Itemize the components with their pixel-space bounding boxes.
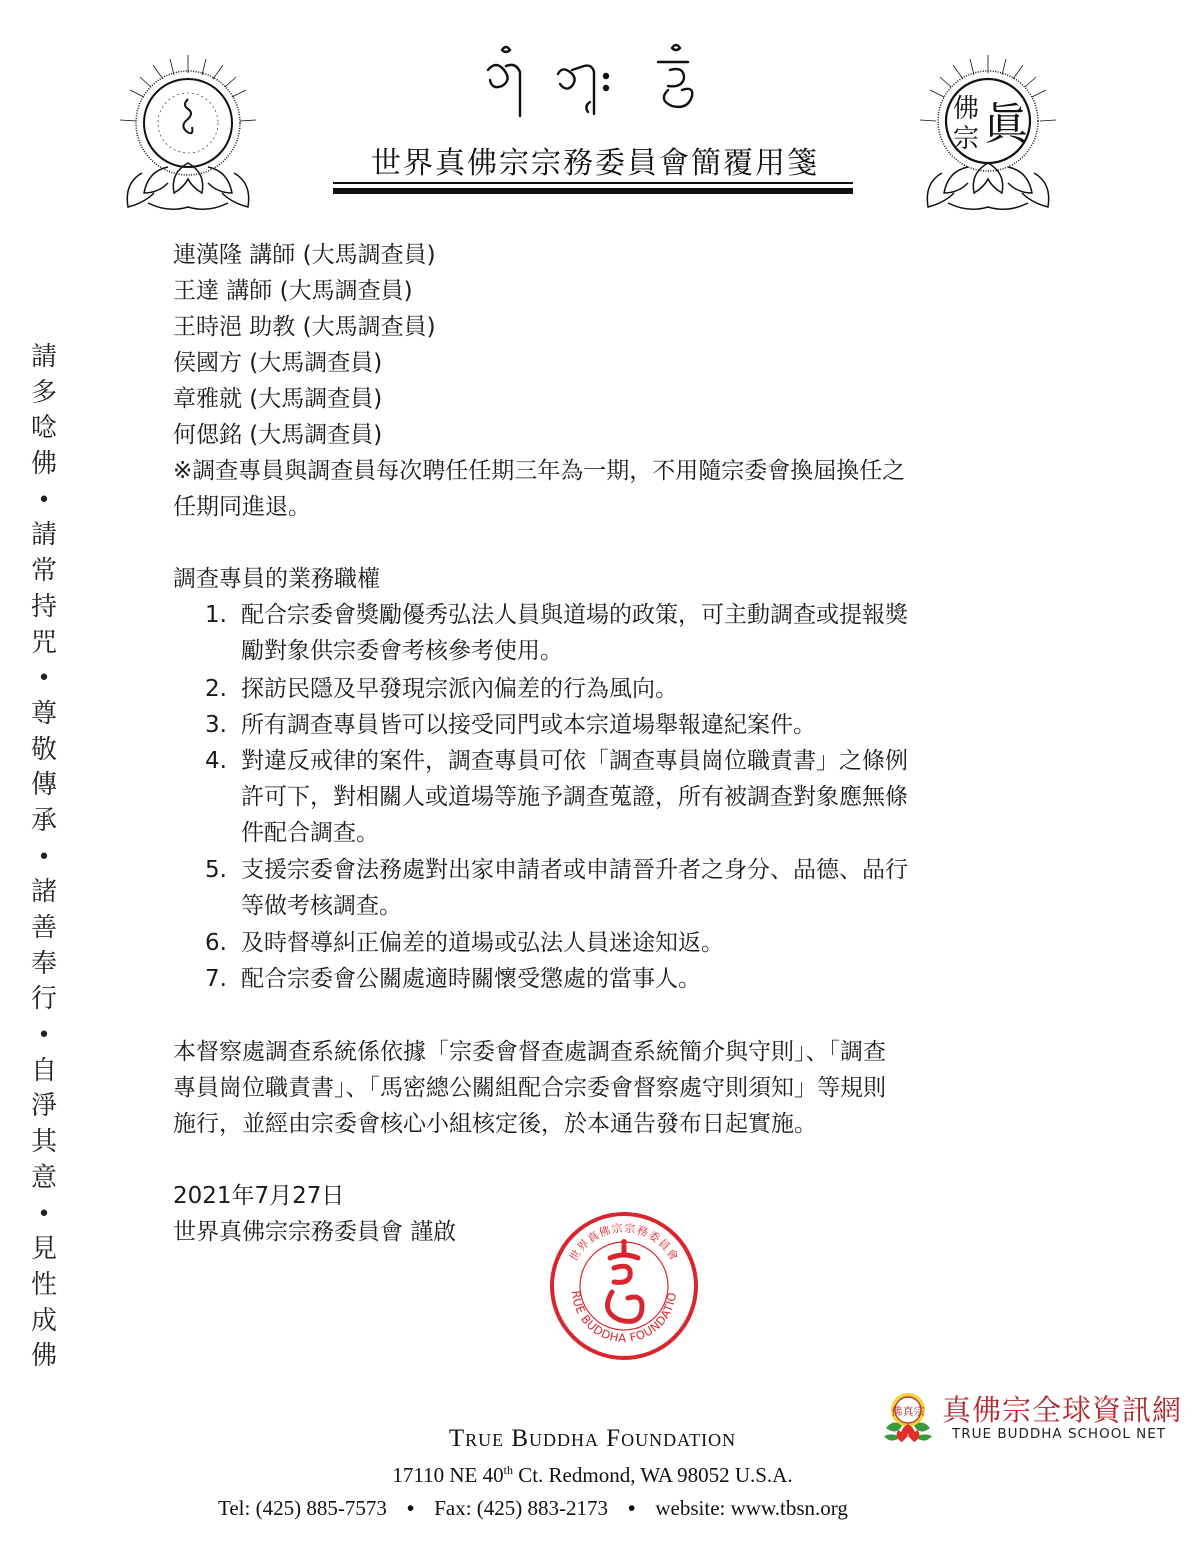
- separator-dot: •: [628, 1496, 635, 1521]
- duty-number: 3.: [205, 710, 227, 740]
- address-city: Ct. Redmond, WA 98052 U.S.A.: [513, 1463, 793, 1487]
- motto-separator-dot: •: [38, 483, 51, 519]
- foundation-name: True Buddha Foundation: [0, 1425, 1185, 1453]
- motto-character: 自: [31, 1054, 57, 1090]
- signature-date: 2021年7月27日: [173, 1181, 344, 1211]
- motto-character: 其: [31, 1125, 57, 1161]
- motto-character: 性: [31, 1268, 57, 1304]
- duty-text: 勵對象供宗委會考核參考使用。: [241, 636, 563, 666]
- duty-number: 5.: [205, 855, 227, 885]
- motto-character: 傳: [31, 768, 57, 804]
- duty-text: 探訪民隱及早發現宗派內偏差的行為風向。: [241, 674, 678, 704]
- motto-character: 請: [31, 518, 57, 554]
- closing-line: 專員崗位職責書」、「馬密總公關組配合宗委會督察處守則須知」等規則: [173, 1073, 886, 1103]
- address-street: 17110 NE 40: [392, 1463, 503, 1487]
- lotus-mantra-wheel-icon: [118, 55, 258, 215]
- motto-character: 咒: [31, 626, 57, 662]
- motto-separator-dot: •: [38, 840, 51, 876]
- duty-text: 支援宗委會法務處對出家申請者或申請晉升者之身分、品德、品行: [241, 855, 908, 885]
- motto-character: 意: [31, 1161, 57, 1197]
- svg-text:佛真宗: 佛真宗: [892, 1404, 925, 1418]
- fax: Fax: (425) 883-2173: [434, 1496, 608, 1520]
- motto-separator-dot: •: [38, 661, 51, 697]
- separator-dot: •: [407, 1496, 414, 1521]
- closing-line: 本督察處調查系統係依據「宗委會督查處調查系統簡介與守則」、「調查: [173, 1037, 886, 1067]
- title-rule-thick: [333, 188, 853, 194]
- motto-character: 佛: [31, 1339, 57, 1375]
- term-note-line: 任期同進退。: [173, 492, 311, 522]
- true-buddha-foundation-stamp-icon: 世界真佛宗宗務委員會 TRUE BUDDHA FOUNDATION: [548, 1210, 700, 1362]
- duty-number: 6.: [205, 928, 227, 958]
- duty-number: 1.: [205, 600, 227, 630]
- left-lotus-seal-emblem: [118, 55, 258, 215]
- motto-character: 諸: [31, 875, 57, 911]
- motto-character: 行: [31, 982, 57, 1018]
- duty-number: 4.: [205, 746, 227, 776]
- duty-text: 等做考核調查。: [241, 891, 402, 921]
- motto-separator-dot: •: [38, 1018, 51, 1054]
- closing-line: 施行，並經由宗委會核心小組核定後，於本通告發布日起實施。: [173, 1109, 817, 1139]
- investigator-line: 王達 講師 (大馬調查員): [173, 276, 413, 306]
- duty-text: 配合宗委會公關處適時關懷受懲處的當事人。: [241, 964, 701, 994]
- contact-line: Tel: (425) 885-7573•Fax: (425) 883-2173•…: [218, 1496, 848, 1521]
- svg-text:佛: 佛: [953, 94, 979, 124]
- motto-character: 成: [31, 1304, 57, 1340]
- title-rule-thin: [333, 182, 853, 184]
- foundation-address: 17110 NE 40th Ct. Redmond, WA 98052 U.S.…: [0, 1463, 1185, 1488]
- motto-character: 請: [31, 340, 57, 376]
- svg-text:宗: 宗: [953, 124, 979, 154]
- letterhead-title: 世界真佛宗宗務委員會簡覆用箋: [335, 138, 855, 182]
- term-note-line: ※調查專員與調查員每次聘任任期三年為一期，不用隨宗委會換屆換任之: [173, 456, 905, 486]
- svg-text:眞: 眞: [984, 99, 1030, 150]
- duty-text: 及時督導糾正偏差的道場或弘法人員迷途知返。: [241, 928, 724, 958]
- tbsn-logo-chinese: 真佛宗全球資訊網: [942, 1388, 1182, 1429]
- investigator-line: 何偲銘 (大馬調查員): [173, 420, 382, 450]
- motto-character: 多: [31, 376, 57, 412]
- motto-character: 佛: [31, 447, 57, 483]
- vertical-motto: 請多唸佛•請常持咒•尊敬傳承•諸善奉行•自淨其意•見性成佛: [22, 340, 66, 1375]
- motto-character: 奉: [31, 947, 57, 983]
- motto-character: 敬: [31, 733, 57, 769]
- duty-text: 對違反戒律的案件，調查專員可依「調查專員崗位職責書」之條例: [241, 746, 908, 776]
- true-buddha-school-seal-icon: 佛 宗 眞: [918, 55, 1058, 215]
- duty-number: 2.: [205, 674, 227, 704]
- om-ah-hum-mantra-icon: [470, 40, 730, 120]
- address-ordinal: th: [504, 1463, 513, 1477]
- duty-text: 件配合調查。: [241, 818, 379, 848]
- motto-separator-dot: •: [38, 1197, 51, 1233]
- telephone: Tel: (425) 885-7573: [218, 1496, 387, 1520]
- motto-character: 持: [31, 590, 57, 626]
- website-link[interactable]: website: www.tbsn.org: [655, 1496, 848, 1520]
- duty-text: 許可下，對相關人或道場等施予調查蒐證，所有被調查對象應無條: [241, 782, 908, 812]
- motto-character: 善: [31, 911, 57, 947]
- signature-signer: 世界真佛宗宗務委員會 謹啟: [173, 1217, 456, 1247]
- motto-character: 承: [31, 804, 57, 840]
- right-lotus-seal-emblem: 佛 宗 眞: [918, 55, 1058, 215]
- investigator-line: 王時浥 助教 (大馬調查員): [173, 312, 436, 342]
- investigator-line: 章雅就 (大馬調查員): [173, 384, 382, 414]
- investigator-line: 連漢隆 講師 (大馬調查員): [173, 240, 436, 270]
- duty-text: 所有調查專員皆可以接受同門或本宗道場舉報違紀案件。: [241, 710, 816, 740]
- sanskrit-mantra-header: [470, 40, 730, 120]
- motto-character: 常: [31, 554, 57, 590]
- motto-character: 尊: [31, 697, 57, 733]
- duty-number: 7.: [205, 964, 227, 994]
- investigator-line: 侯國方 (大馬調查員): [173, 348, 382, 378]
- motto-character: 唸: [31, 411, 57, 447]
- motto-character: 淨: [31, 1089, 57, 1125]
- duty-text: 配合宗委會獎勵優秀弘法人員與道場的政策，可主動調查或提報獎: [241, 600, 908, 630]
- duties-heading: 調查專員的業務職權: [173, 564, 380, 594]
- official-red-seal: 世界真佛宗宗務委員會 TRUE BUDDHA FOUNDATION: [548, 1210, 700, 1362]
- motto-character: 見: [31, 1232, 57, 1268]
